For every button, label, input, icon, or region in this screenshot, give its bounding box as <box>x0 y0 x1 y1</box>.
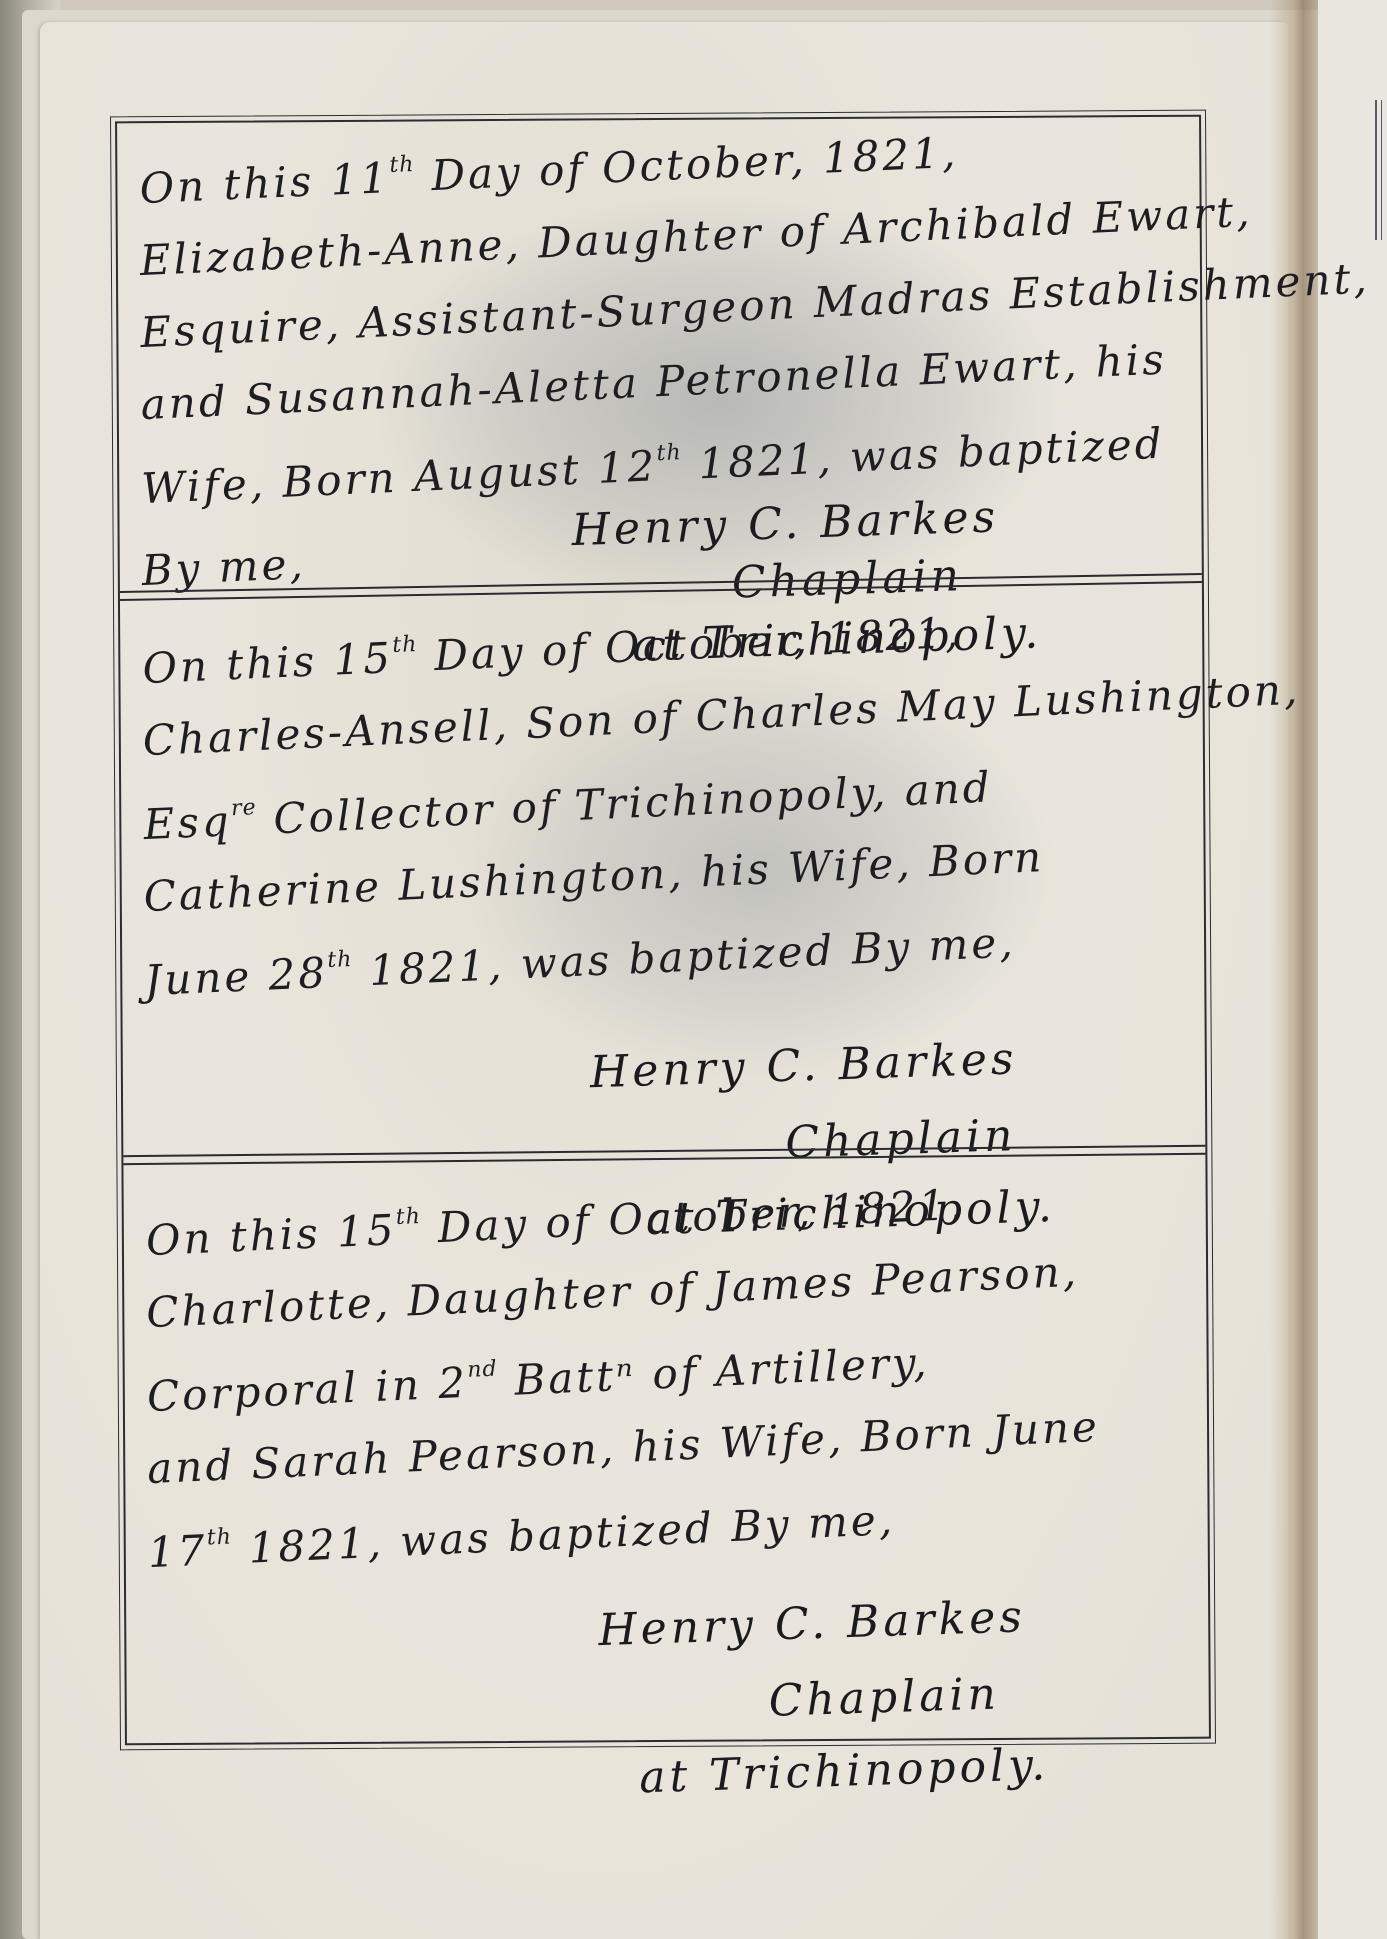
text: Corporal in 2 <box>146 1358 469 1421</box>
superscript: nd <box>467 1357 498 1383</box>
superscript: th <box>395 1204 421 1230</box>
text: Battⁿ of Artillery, <box>497 1337 930 1405</box>
text: 1821, was baptized By me, <box>231 1495 896 1573</box>
text: Day of October, 1821, <box>414 128 959 201</box>
superscript: th <box>656 440 682 466</box>
register-frame: On this 11th Day of October, 1821, Eliza… <box>115 115 1211 1746</box>
text: Day of October, 1821, <box>417 608 962 681</box>
text: On this 15 <box>145 1205 397 1265</box>
text: June 28 <box>143 948 329 1005</box>
superscript: th <box>392 632 418 658</box>
superscript: th <box>206 1524 232 1550</box>
text: On this 15 <box>142 633 394 693</box>
text: By me, <box>141 539 307 595</box>
text: 1821, was baptized By me, <box>352 917 1017 995</box>
baptism-entry-2: On this 15th Day of October, 1821, Charl… <box>120 607 1205 1154</box>
superscript: re <box>230 795 257 821</box>
text: Esq <box>142 796 232 849</box>
superscript: th <box>389 152 415 178</box>
text: 17 <box>147 1526 209 1578</box>
baptism-entry-3: On this 15th Day of October, 1821, Charl… <box>124 1173 1209 1740</box>
text: On this 11 <box>139 153 391 213</box>
text: Day of October, 1821, <box>420 1180 965 1253</box>
text: 1821, was baptized <box>681 419 1166 489</box>
facing-page-rule <box>1375 100 1382 240</box>
baptism-entry-1: On this 11th Day of October, 1821, Eliza… <box>117 135 1202 592</box>
superscript: th <box>327 947 353 973</box>
